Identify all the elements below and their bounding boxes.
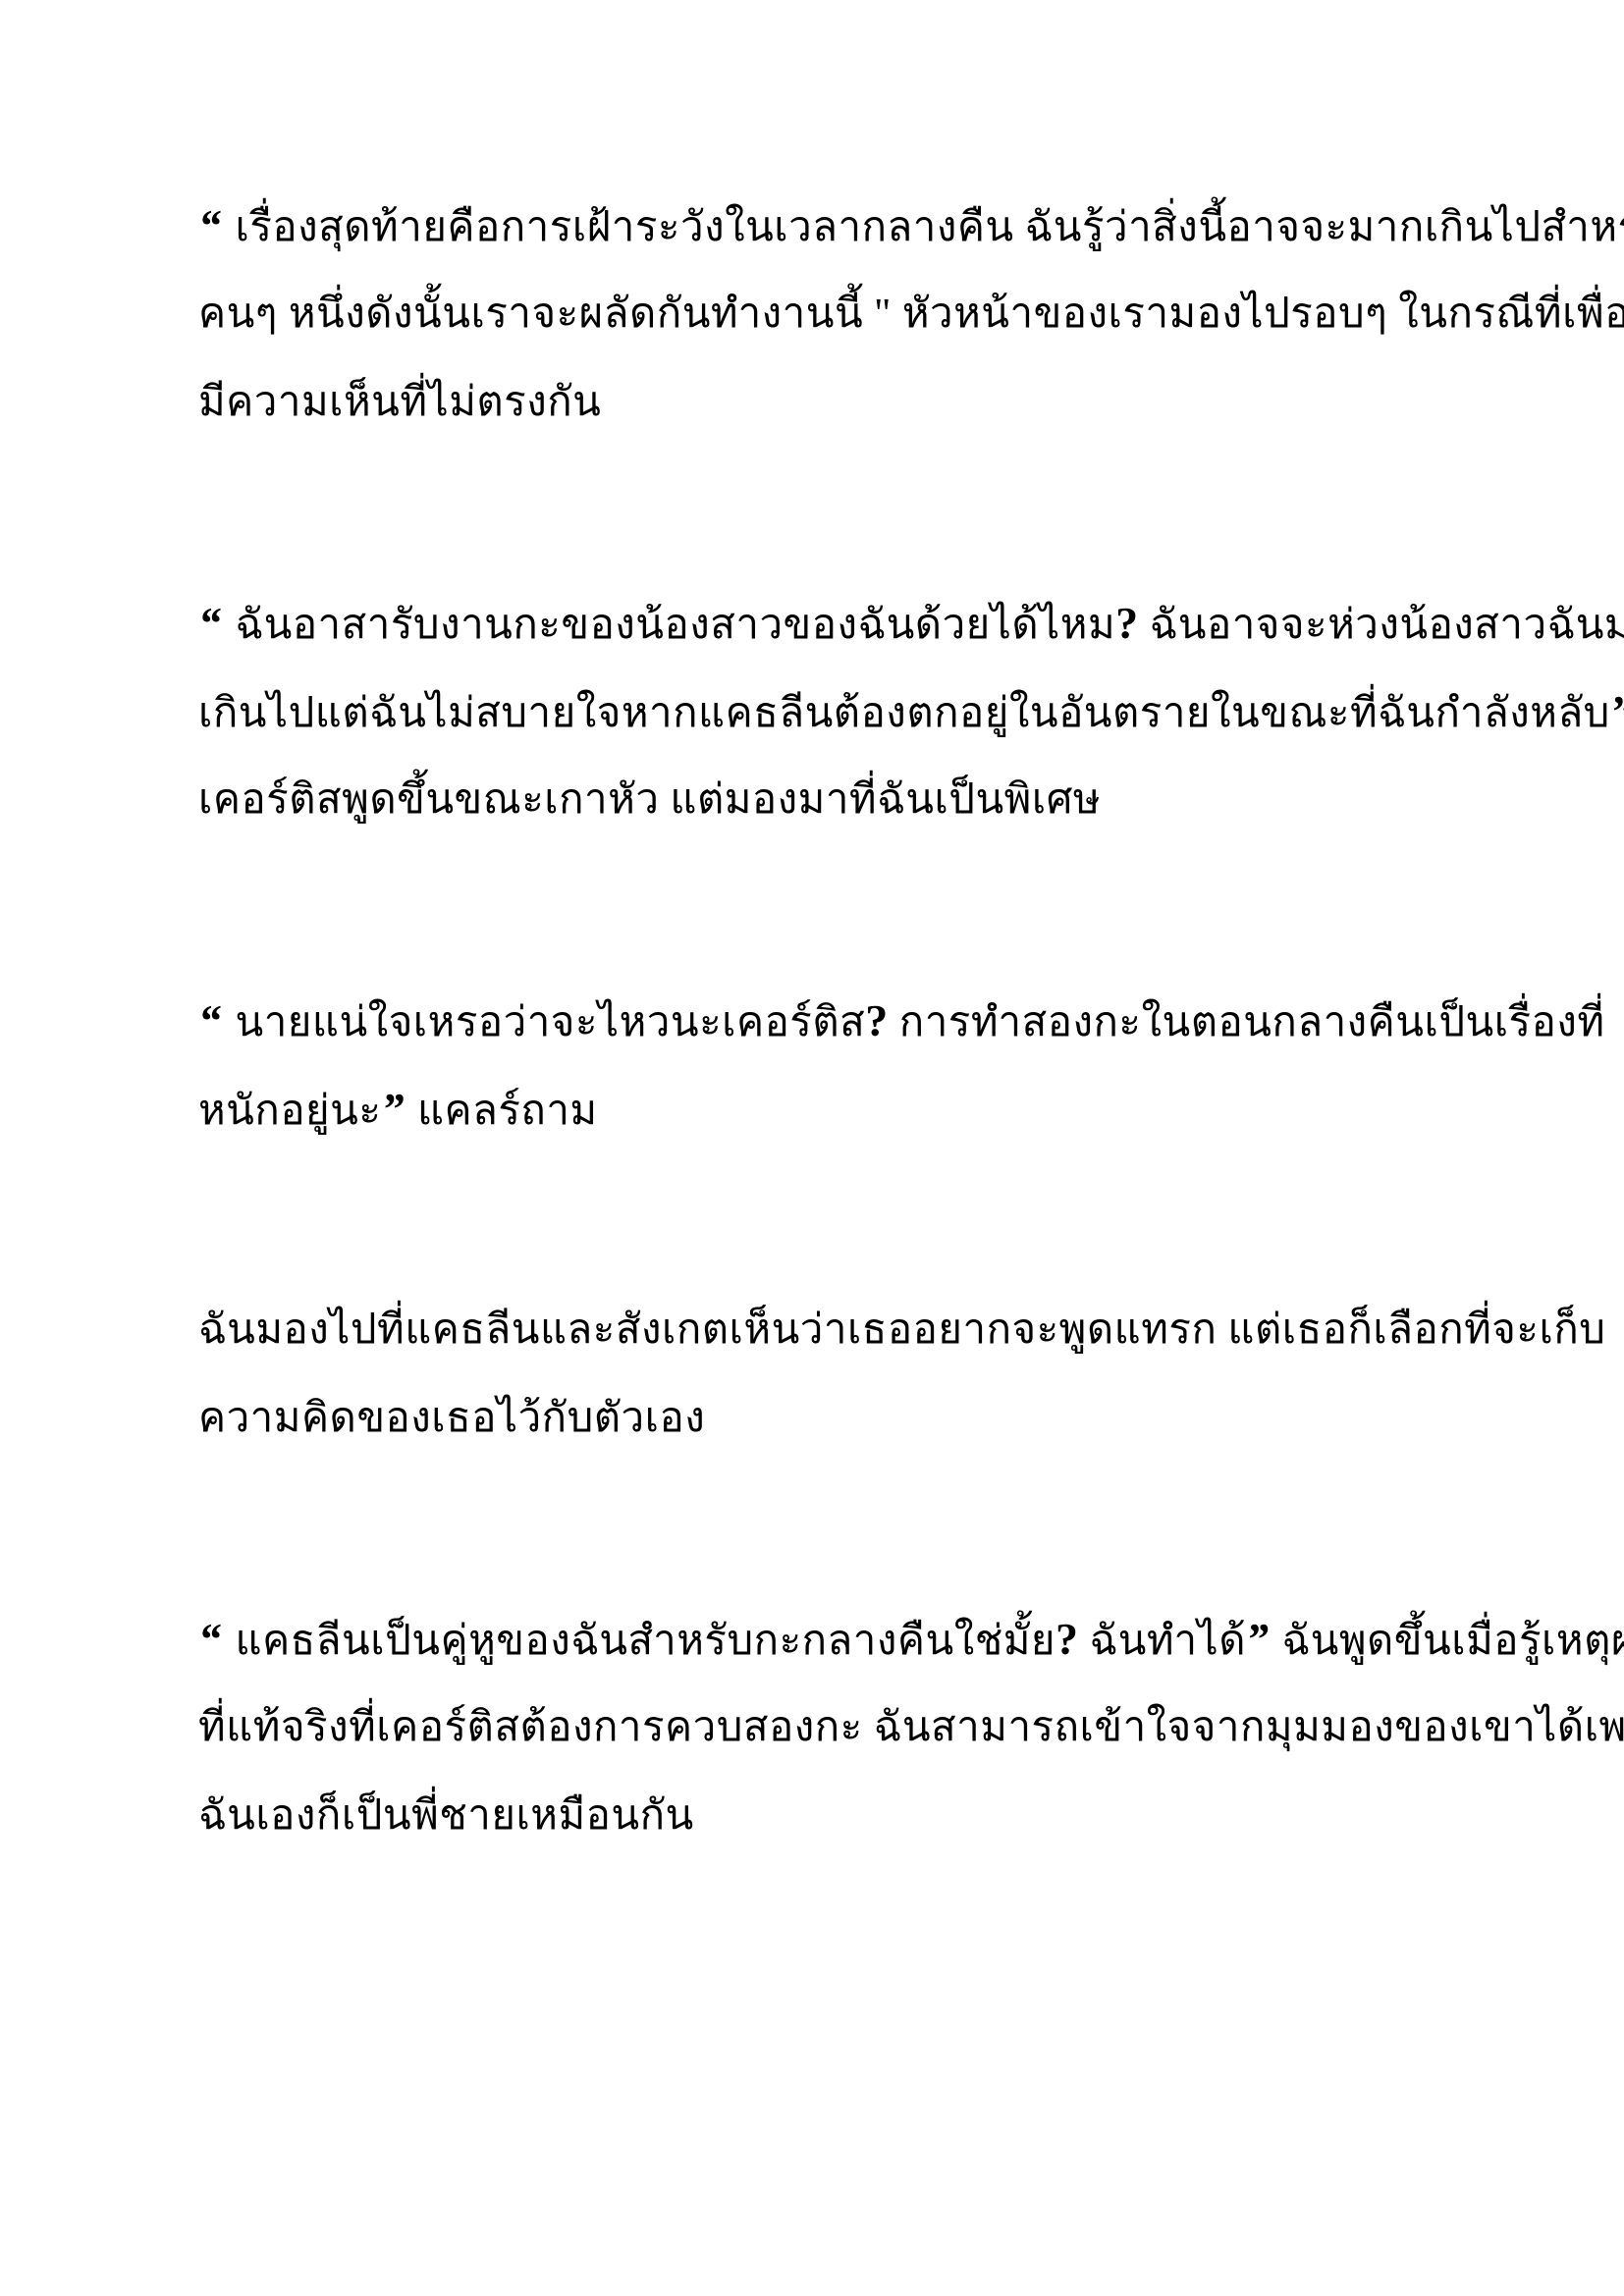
text-run: ความคิดของเธอไว้กับตัวเอง (198, 1396, 705, 1441)
text-run: เกินไปแต่ฉันไม่สบายใจหากแคธลีนต้องตกอยู่… (198, 691, 1610, 736)
text-line: เกินไปแต่ฉันไม่สบายใจหากแคธลีนต้องตกอยู่… (198, 667, 1467, 756)
text-run: การทำสองกะในตอนกลางคืนเป็นเรื่องที่ (889, 1000, 1605, 1045)
text-run: ฉันทำได้ (1079, 1619, 1247, 1664)
text-run: ฉันเองก็เป็นพี่ชายเหมือนกัน (198, 1793, 694, 1839)
question-mark: ? (1115, 598, 1139, 648)
paragraph: “ นายแน่ใจเหรอว่าจะไหวนะเคอร์ติส? การทำส… (198, 977, 1467, 1153)
text-line: “ เรื่องสุดท้ายคือการเฝ้าระวังในเวลากลาง… (198, 182, 1467, 270)
text-run: คนๆ หนึ่งดังนั้นเราจะผลัดกันทำงานนี้ " ห… (198, 292, 1624, 337)
text-run: แคธลีนเป็นคู่หูของฉันสำหรับกะกลางคืนใช่ม… (236, 1619, 1056, 1664)
quote-mark: ” (1610, 686, 1624, 736)
text-run: เรื่องสุดท้ายคือการเฝ้าระวังในเวลากลางคื… (236, 205, 1624, 250)
text-run: ฉันมองไปที่แคธลีนและสังเกตเห็นว่าเธออยาก… (198, 1308, 1605, 1353)
text-line: ที่แท้จริงที่เคอร์ติสต้องการควบสองกะ ฉัน… (198, 1683, 1467, 1772)
quote-mark: ” (1246, 1614, 1272, 1664)
text-run: ที่แท้จริงที่เคอร์ติสต้องการควบสองกะ ฉัน… (198, 1705, 1624, 1750)
text-line: “ ฉันอาสารับงานกะของน้องสาวของฉันด้วยได้… (198, 579, 1467, 667)
text-line: ความคิดของเธอไว้กับตัวเอง (198, 1374, 1467, 1463)
text-run: มีความเห็นที่ไม่ตรงกัน (198, 380, 601, 425)
quote-mark: “ (198, 1614, 236, 1664)
text-line: “ นายแน่ใจเหรอว่าจะไหวนะเคอร์ติส? การทำส… (198, 977, 1467, 1065)
quote-mark: “ (198, 995, 236, 1045)
paragraph: ฉันมองไปที่แคธลีนและสังเกตเห็นว่าเธออยาก… (198, 1286, 1467, 1463)
paragraph: “ แคธลีนเป็นคู่หูของฉันสำหรับกะกลางคืนใช… (198, 1595, 1467, 1860)
text-run: แคลร์ถาม (406, 1089, 598, 1134)
text-line: “ แคธลีนเป็นคู่หูของฉันสำหรับกะกลางคืนใช… (198, 1595, 1467, 1683)
text-run: ฉันพูดขึ้นเมื่อรู้เหตุผล (1272, 1619, 1624, 1664)
text-run: เคอร์ติสพูดขึ้นขณะเกาหัว แต่มองมาที่ฉันเ… (198, 777, 1101, 823)
quote-mark: “ (198, 598, 236, 648)
text-run: ฉันอาสารับงานกะของน้องสาวของฉันด้วยได้ไห… (236, 603, 1116, 648)
text-run: หนักอยู่นะ (198, 1089, 381, 1134)
paragraph: “ เรื่องสุดท้ายคือการเฝ้าระวังในเวลากลาง… (198, 182, 1467, 447)
text-line: คนๆ หนึ่งดังนั้นเราจะผลัดกันทำงานนี้ " ห… (198, 270, 1467, 358)
question-mark: ? (865, 995, 889, 1045)
text-line: หนักอยู่นะ” แคลร์ถาม (198, 1065, 1467, 1153)
text-line: ฉันมองไปที่แคธลีนและสังเกตเห็นว่าเธออยาก… (198, 1286, 1467, 1374)
document-page: “ เรื่องสุดท้ายคือการเฝ้าระวังในเวลากลาง… (0, 0, 1624, 2296)
text-run: ฉันอาจจะห่วงน้องสาวฉันมาก (1139, 603, 1624, 648)
question-mark: ? (1056, 1614, 1079, 1664)
text-run: นายแน่ใจเหรอว่าจะไหวนะเคอร์ติส (236, 1000, 866, 1045)
text-line: มีความเห็นที่ไม่ตรงกัน (198, 358, 1467, 447)
paragraph: “ ฉันอาสารับงานกะของน้องสาวของฉันด้วยได้… (198, 579, 1467, 844)
document-content: “ เรื่องสุดท้ายคือการเฝ้าระวังในเวลากลาง… (0, 0, 1624, 1860)
quote-mark: “ (198, 200, 236, 250)
text-line: เคอร์ติสพูดขึ้นขณะเกาหัว แต่มองมาที่ฉันเ… (198, 756, 1467, 844)
quote-mark: ” (381, 1084, 406, 1134)
text-line: ฉันเองก็เป็นพี่ชายเหมือนกัน (198, 1772, 1467, 1860)
